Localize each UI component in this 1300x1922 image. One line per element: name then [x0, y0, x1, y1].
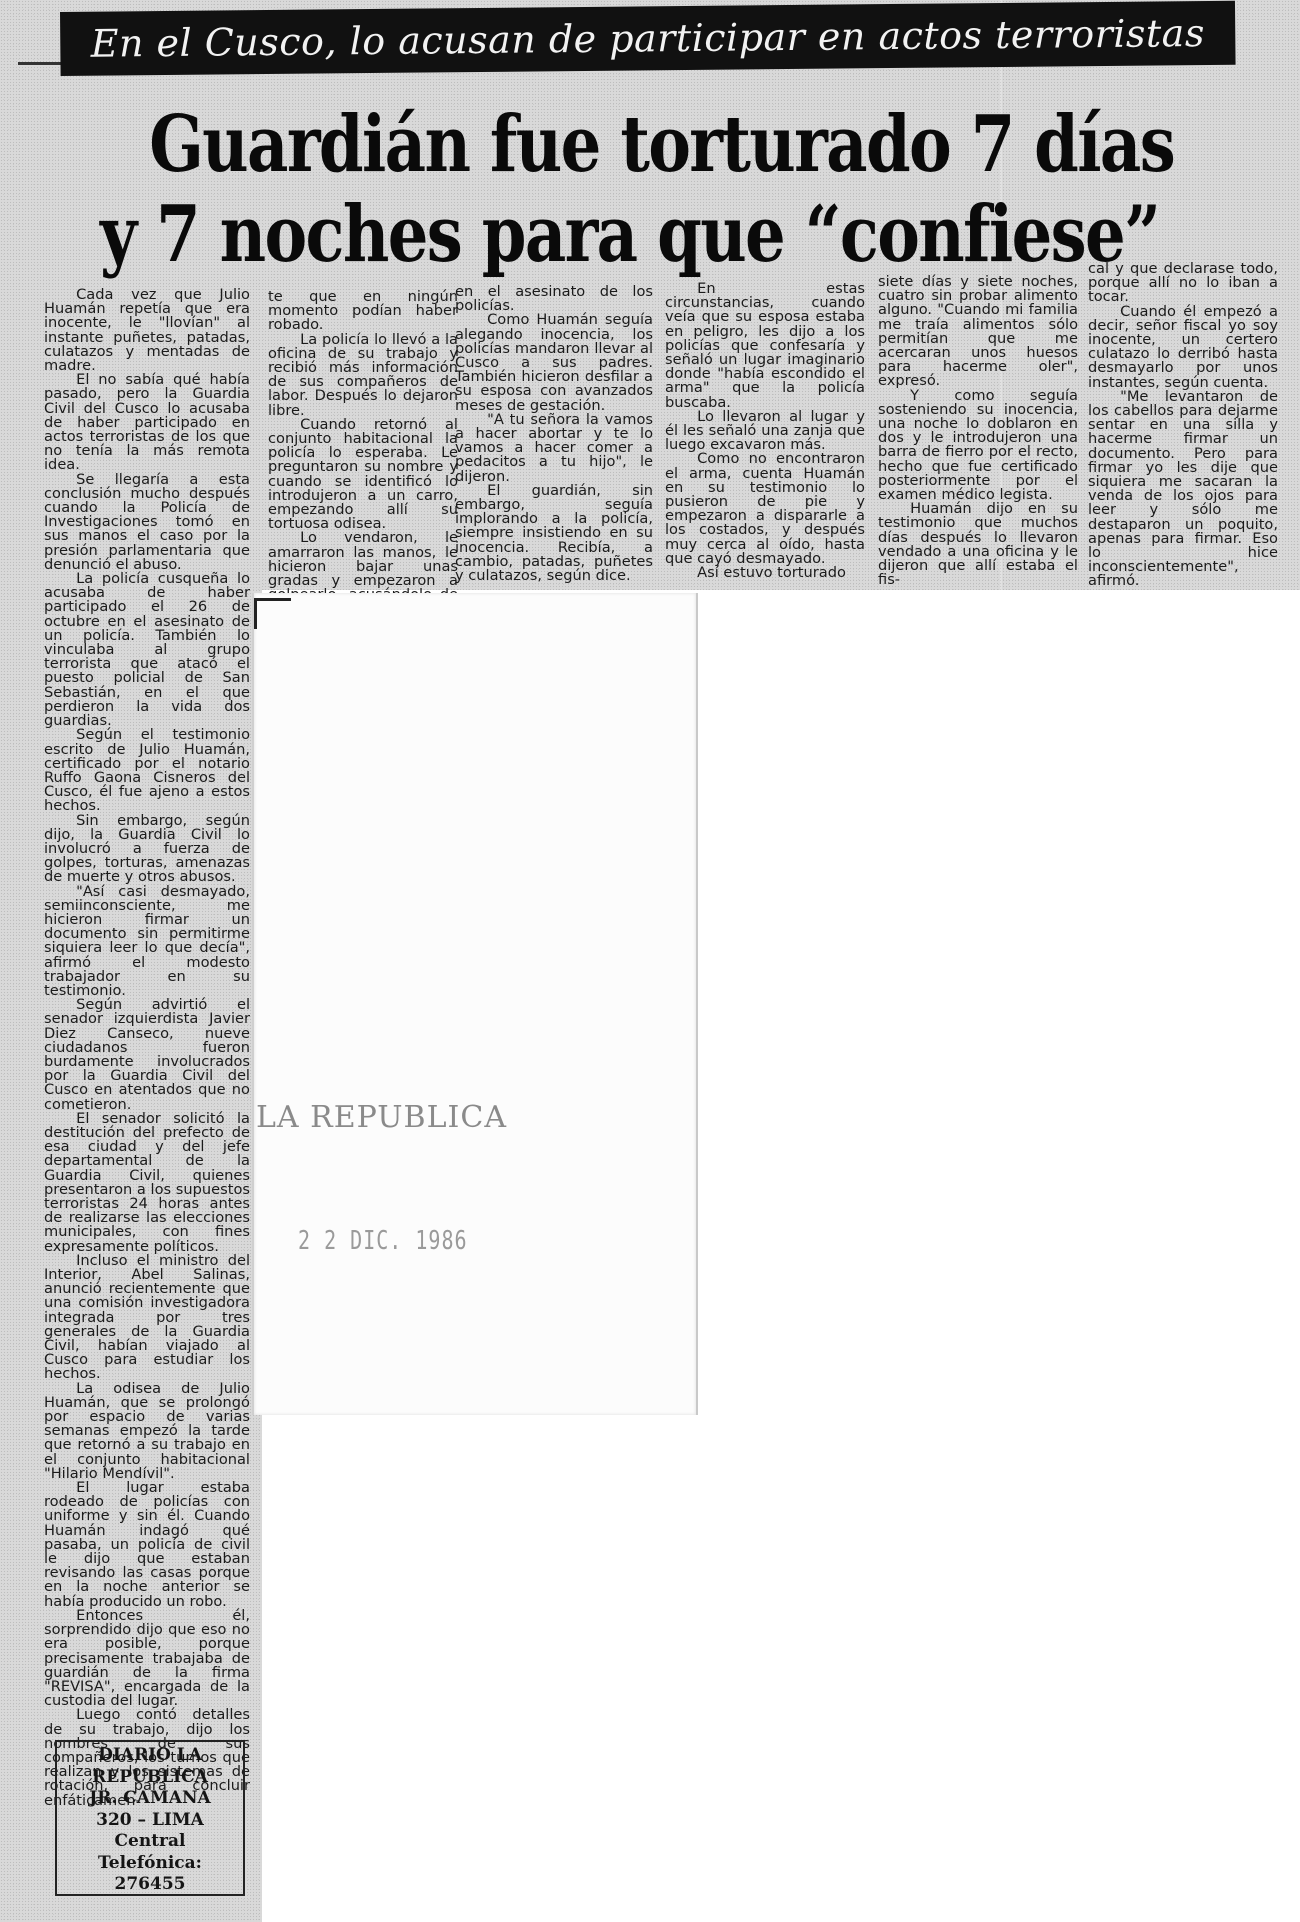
- paragraph: Sin embargo, según dijo, la Guardia Civi…: [44, 814, 250, 885]
- blank-backing-paper: [252, 593, 698, 1415]
- paragraph: Cada vez que Julio Huamán repetía que er…: [44, 288, 250, 373]
- paragraph: "Así casi desmayado, semiinconsciente, m…: [44, 885, 250, 999]
- address-line: Central: [57, 1831, 243, 1853]
- address-line: 320 – LIMA: [57, 1810, 243, 1832]
- address-box: DIARIO LA REPUBLICA JR. CAMANA 320 – LIM…: [55, 1740, 245, 1896]
- address-line: JR. CAMANA: [57, 1788, 243, 1810]
- headline-line-1: Guardián fue torturado 7 días: [100, 100, 1018, 190]
- paragraph: "A tu señora la vamos a hacer abortar y …: [455, 413, 653, 484]
- article-column-4: En estas circunstancias, cuando veía que…: [665, 282, 865, 580]
- paragraph: El lugar estaba rodeado de policías con …: [44, 1481, 250, 1609]
- paragraph-continuation: te que en ningún momento podían haber ro…: [268, 290, 458, 333]
- paragraph: Y como seguía sosteniendo su inocencia, …: [878, 389, 1078, 503]
- address-line: DIARIO LA: [57, 1745, 243, 1767]
- paragraph: La policía cusqueña lo acusaba de haber …: [44, 572, 250, 728]
- paragraph: El senador solicitó la destitución del p…: [44, 1112, 250, 1254]
- paragraph: Según el testimonio escrito de Julio Hua…: [44, 728, 250, 813]
- archive-stamp-publication: LA REPUBLICA: [256, 1100, 507, 1135]
- headline-line-2: y 7 noches para que “confiese”: [100, 190, 1018, 280]
- archive-stamp-date: 2 2 DIC. 1986: [298, 1224, 468, 1255]
- scanned-clipping: En el Cusco, lo acusan de participar en …: [0, 0, 1300, 1922]
- kicker-banner: En el Cusco, lo acusan de participar en …: [60, 1, 1236, 76]
- paragraph: Cuando él empezó a decir, señor fiscal y…: [1088, 305, 1278, 390]
- address-line: Telefónica:: [57, 1853, 243, 1875]
- paragraph: La odisea de Julio Huamán, que se prolon…: [44, 1382, 250, 1481]
- paragraph: Huamán dijo en su testimonio que muchos …: [878, 502, 1078, 587]
- crop-corner-mark: [254, 598, 291, 629]
- paragraph-continuation: siete días y siete noches, cuatro sin pr…: [878, 275, 1078, 389]
- paragraph: Como Huamán seguía alegando inocencia, l…: [455, 313, 653, 412]
- paragraph: "Me levantaron de los cabellos para deja…: [1088, 390, 1278, 589]
- paragraph: Según advirtió el senador izquierdista J…: [44, 998, 250, 1112]
- paragraph: Lo llevaron al lugar y él les señaló una…: [665, 410, 865, 453]
- paragraph: La policía lo llevó a la oficina de su t…: [268, 333, 458, 418]
- article-column-1: Cada vez que Julio Huamán repetía que er…: [44, 288, 250, 1808]
- paragraph: El guardián, sin embargo, seguía implora…: [455, 484, 653, 583]
- paragraph-continuation: cal y que declarase todo, porque allí no…: [1088, 262, 1278, 305]
- article-column-2: te que en ningún momento podían haber ro…: [268, 290, 458, 617]
- article-column-5: siete días y siete noches, cuatro sin pr…: [878, 275, 1078, 587]
- paragraph-continuation: en el asesinato de los policías.: [455, 285, 653, 313]
- address-line: REPUBLICA: [57, 1767, 243, 1789]
- article-column-6: cal y que declarase todo, porque allí no…: [1088, 262, 1278, 589]
- paragraph: En estas circunstancias, cuando veía que…: [665, 282, 865, 410]
- paragraph: Cuando retornó al conjunto habitacional …: [268, 418, 458, 532]
- paragraph: Como no encontraron el arma, cuenta Huam…: [665, 452, 865, 566]
- article-column-3: en el asesinato de los policías.Como Hua…: [455, 285, 653, 583]
- paragraph: El no sabía qué había pasado, pero la Gu…: [44, 373, 250, 472]
- kicker-text: En el Cusco, lo acusan de participar en …: [91, 11, 1206, 66]
- address-line: 276455: [57, 1874, 243, 1896]
- paragraph: Así estuvo torturado: [665, 566, 865, 580]
- paragraph: Incluso el ministro del Interior, Abel S…: [44, 1254, 250, 1382]
- paragraph: Entonces él, sorprendido dijo que eso no…: [44, 1609, 250, 1708]
- paragraph: Se llegaría a esta conclusión mucho desp…: [44, 473, 250, 572]
- headline: Guardián fue torturado 7 días y 7 noches…: [100, 100, 1018, 280]
